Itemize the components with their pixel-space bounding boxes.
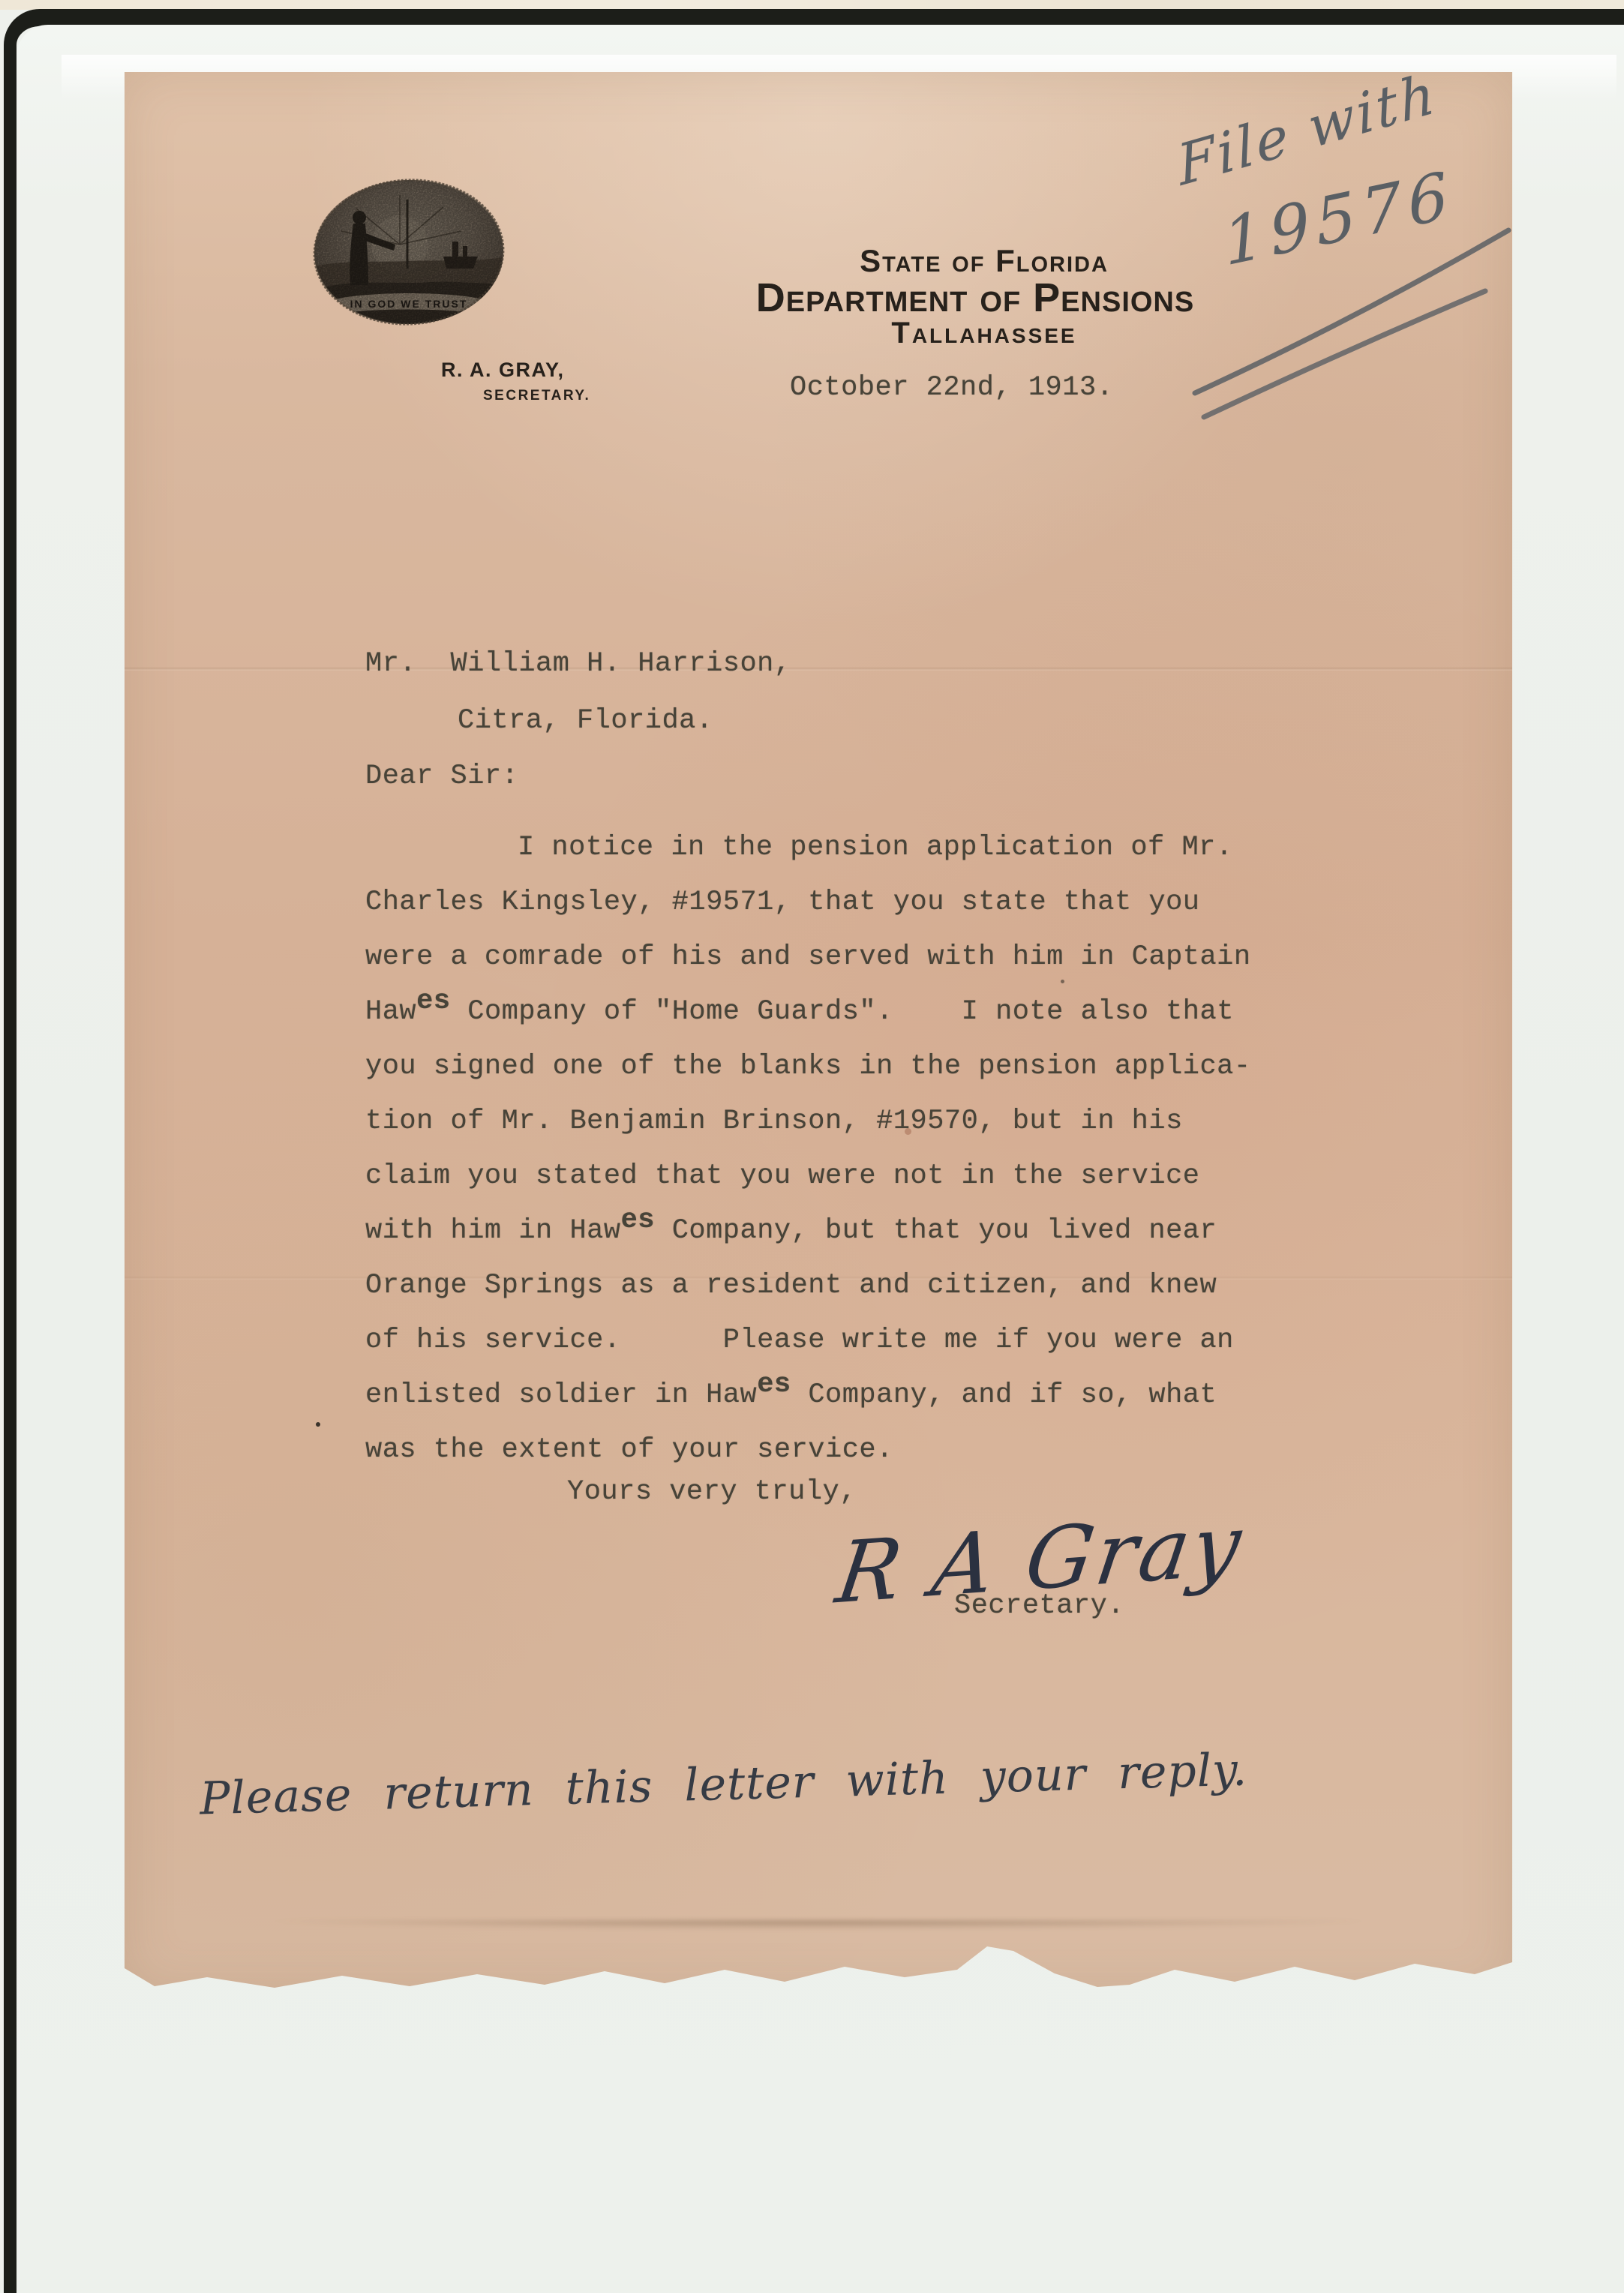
body-line: you signed one of the blanks in the pens…	[365, 1040, 1430, 1094]
letterhead-official-name: R. A. GRAY,	[441, 359, 565, 382]
body-line: Orange Springs as a resident and citizen…	[365, 1259, 1430, 1313]
letterhead-state-line: State of Florida	[860, 243, 1109, 279]
body-line: tion of Mr. Benjamin Brinson, #19570, bu…	[365, 1094, 1430, 1149]
salutation-line: Dear Sir:	[365, 761, 518, 792]
body-line: Charles Kingsley, #19571, that you state…	[365, 875, 1430, 930]
fold-crease-top	[125, 668, 1512, 671]
ink-speck	[316, 1422, 320, 1427]
body-line: of his service. Please write me if you w…	[365, 1313, 1430, 1368]
superscript-correction: es	[416, 986, 450, 1017]
handwritten-footer-note: Please return this letter with your repl…	[199, 1744, 1248, 1826]
letter-paper: IN GOD WE TRUST R. A. GRAY, SECRETARY. S…	[125, 72, 1512, 1992]
letterhead-city-line: Tallahassee	[891, 317, 1076, 350]
scanned-letter-page: IN GOD WE TRUST R. A. GRAY, SECRETARY. S…	[0, 0, 1624, 2293]
florida-state-seal: IN GOD WE TRUST	[311, 179, 506, 329]
body-line: enlisted soldier in Hawes Company, and i…	[365, 1368, 1430, 1423]
closing-line: Yours very truly,	[567, 1476, 857, 1508]
paper-bottom-shadow	[125, 1920, 1512, 1932]
body-line: were a comrade of his and served with hi…	[365, 930, 1430, 985]
letterhead-department-line: Department of Pensions	[756, 275, 1194, 321]
body-line: Hawes Company of "Home Guards". I note a…	[365, 985, 1430, 1040]
superscript-correction: es	[621, 1205, 655, 1236]
letter-body: I notice in the pension application of M…	[365, 821, 1430, 1478]
body-line: I notice in the pension application of M…	[365, 821, 1430, 875]
recipient-name-line: Mr. William H. Harrison,	[365, 648, 791, 680]
recipient-address-line: Citra, Florida.	[458, 705, 713, 737]
signer-title-line: Secretary.	[954, 1590, 1124, 1622]
letterhead-official-title: SECRETARY.	[483, 388, 590, 404]
body-line: claim you stated that you were not in th…	[365, 1149, 1430, 1204]
date-line: October 22nd, 1913.	[790, 372, 1113, 404]
body-line: with him in Hawes Company, but that you …	[365, 1204, 1430, 1259]
superscript-correction: es	[757, 1369, 791, 1400]
body-line: was the extent of your service.	[365, 1423, 1430, 1478]
pencil-underline-flourish	[1175, 207, 1527, 432]
